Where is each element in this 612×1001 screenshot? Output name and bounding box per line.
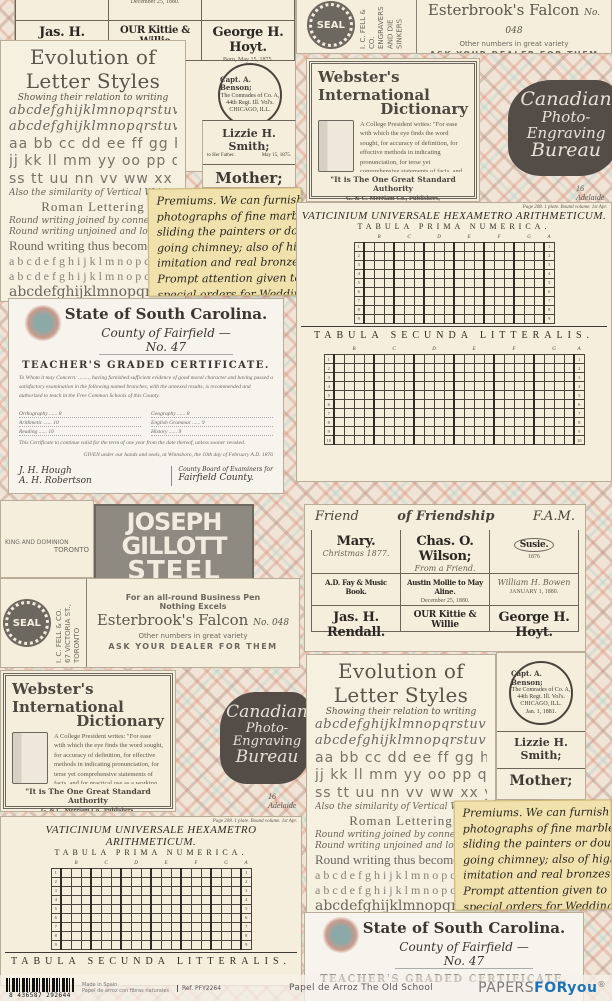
card-grid: Mary. Christmas 1877. Chas. O. Wilson; F… — [311, 530, 579, 632]
fell-company-text: I. C. FELL & CO. 67 VICTORIA ST., TORONT… — [55, 583, 82, 663]
card-column-right-bottom: Capt. A. Benson; The Comrades of Co. A, … — [496, 652, 586, 800]
barcode: 8 436587 292644 — [6, 978, 74, 999]
latin-tables-bottom: Page 208. 1 plate. Bound volume. 1st Apr… — [0, 816, 302, 986]
brand-logo: PAPERSFORyou® — [478, 980, 606, 996]
numeric-table: BCDEFGA112233445566778899 — [354, 233, 555, 324]
canadian-photo-engraving-bottom: Canadian Photo-Engraving Bureau 16 Adela… — [176, 672, 306, 812]
card: George H. Hoyt. — [490, 606, 579, 632]
card: A.D. Fay & Music Book. — [16, 0, 109, 21]
card: Susie. 1876 — [490, 530, 579, 574]
webster-ad-bottom: Webster's International Dictionary A Col… — [0, 670, 176, 812]
product-name: Papel de Arroz The Old School — [289, 983, 433, 993]
lizzie-mother-column: Lizzie H. Smith; to Her Father. May 15, … — [202, 120, 296, 188]
toronto-ad: KING AND DOMINION TORONTO — [0, 500, 94, 578]
barcode-icon — [6, 978, 74, 992]
latin-tables-top: Page 208. 1 plate. Bound volume. 1st Apr… — [296, 202, 612, 482]
card-column-right: Capt. A. Benson; The Comrades of Co. A, … — [203, 61, 296, 129]
teacher-certificate-top: State of South Carolina. County of Fairf… — [8, 298, 284, 494]
state-seal-icon — [23, 305, 63, 341]
medallion: Capt. A. Benson; The Comrades of Co. A, … — [218, 63, 282, 127]
state-seal-icon — [321, 917, 361, 953]
card: William H. Bowen JANUARY 1, 1880. — [202, 0, 295, 21]
esterbrook-ad-bottom: SEAL I. C. FELL & CO. 67 VICTORIA ST., T… — [0, 578, 300, 668]
card: Austin Mollie to May Aline. December 25,… — [109, 0, 202, 21]
medallion: Capt. A. Benson; The Comrades of Co. A, … — [509, 661, 573, 725]
letter-table: BCDEFGA1122334455667788991010 — [324, 346, 585, 446]
esterbrook-ad-top: SEAL I. C. FELL & CO. ENGRAVERS AND DIE … — [296, 0, 612, 54]
friendship-cards-bottom: Friend of Friendship F.A.M. Mary. Christ… — [304, 504, 586, 652]
card: Chas. O. Wilson; From a Friend. — [401, 530, 490, 574]
card: Mary. Christmas 1877. — [312, 530, 401, 574]
canadian-photo-engraving-top: Canadian Photo-Engraving Bureau 16 Adela… — [480, 58, 612, 208]
card: William H. Bowen JANUARY 1, 1880. — [490, 574, 579, 606]
product-footer: 8 436587 292644 Made in Spain Papel de a… — [0, 975, 612, 1001]
numeric-table: BCDEFGA112233445566778899 — [51, 859, 252, 950]
card: George H. Hoyt. Born, May 15, 1875. — [202, 21, 295, 61]
esterbrook-title: Esterbrook's Falcon No. 048 — [421, 1, 607, 37]
handwritten-note-bottom: Premiums. We can furnish photographs of … — [454, 799, 612, 910]
seal-icon: SEAL — [5, 601, 49, 645]
grades-list: Orthography ...... 8 Geography ...... 8 … — [19, 411, 273, 436]
seal-icon: SEAL — [309, 3, 353, 47]
card: Austin Mollie to May Aline. December 25,… — [401, 574, 490, 606]
card: Jas. H. Rendall. — [312, 606, 401, 632]
fell-company-text: I. C. FELL & CO. ENGRAVERS AND DIE SINKE… — [359, 1, 404, 49]
book-icon — [12, 732, 48, 784]
card: OUR Kittie & Willie — [401, 606, 490, 632]
webster-ad-top: Webster's International Dictionary A Col… — [306, 58, 480, 202]
book-icon — [318, 120, 354, 172]
card: A.D. Fay & Music Book. — [312, 574, 401, 606]
handwritten-note-top: Premiums. We can furnish photographs of … — [148, 187, 303, 296]
